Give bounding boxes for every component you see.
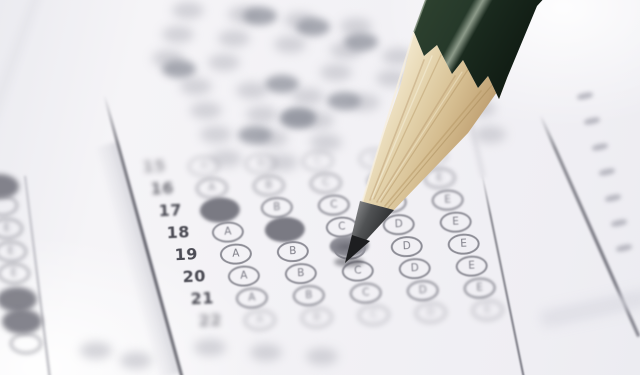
pencil xyxy=(0,0,640,375)
photo-answer-sheet: EEE 15ABCDE16ABCDE17BCDE18ACDE19ABCDE20A… xyxy=(0,0,640,375)
